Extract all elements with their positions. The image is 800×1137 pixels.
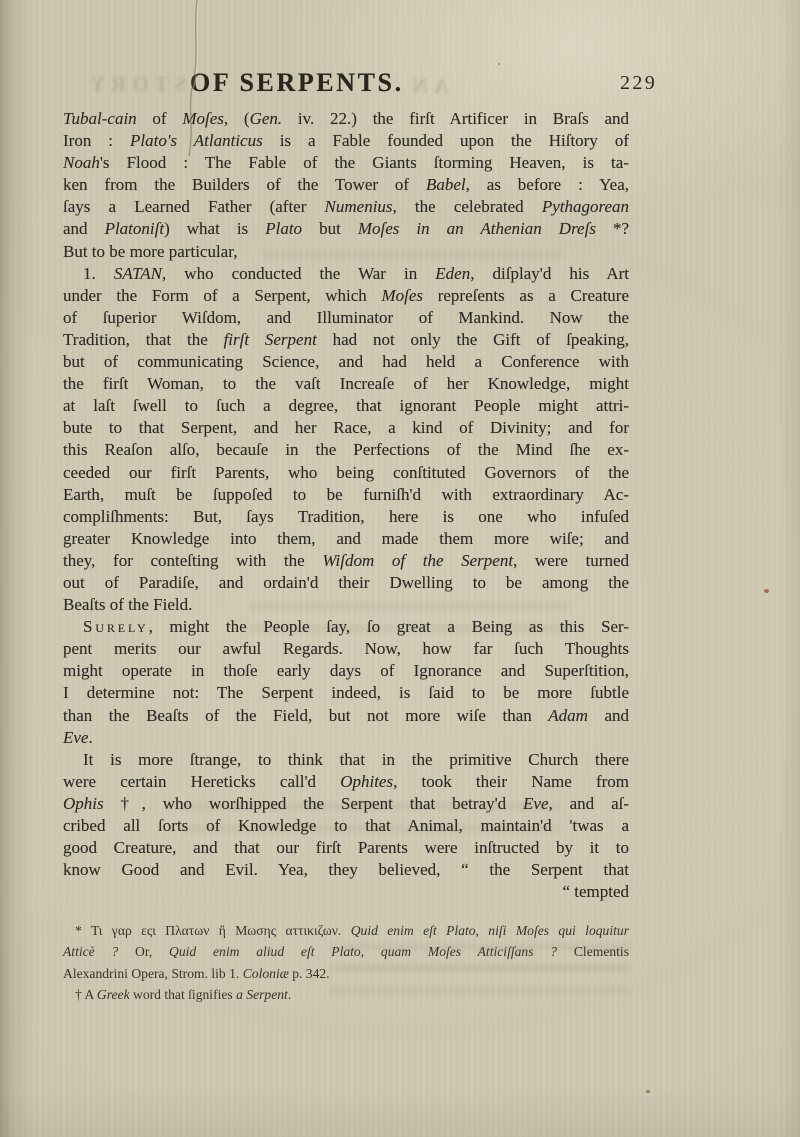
text-line: under the Form of a Serpent, which Moſes…: [63, 285, 629, 307]
italic-text: Eden: [435, 264, 470, 283]
text-line: 1. SATAN, who conducted the War in Eden,…: [63, 263, 629, 285]
text-line: Atticè ? Or, Quid enim aliud eſt Plato, …: [63, 941, 629, 962]
text: .: [88, 728, 92, 747]
text-line: ceeded our firſt Parents, who being conſ…: [63, 462, 629, 484]
footnotes: * Τι γαρ εςι Πλατων ἢ Μωσης αττικιζων. Q…: [63, 920, 629, 1006]
running-title: OF SERPENTS.: [190, 68, 404, 98]
text: greater Knowledge into them, and made th…: [63, 529, 629, 548]
text-line: pent merits our awful Regards. Now, how …: [63, 638, 629, 660]
text-line: But to be more particular,: [63, 241, 629, 263]
text: ſays a Learned Father (after: [63, 197, 325, 216]
text: , who conducted the War in: [162, 264, 435, 283]
text: I determine not: The Serpent indeed, is …: [63, 683, 629, 702]
text: cribed all ſorts of Knowledge to that An…: [63, 816, 629, 835]
italic-text: Eve: [523, 794, 548, 813]
text-line: out of Paradiſe, and ordain'd their Dwel…: [63, 572, 629, 594]
text: 1.: [83, 264, 114, 283]
text-line: good Creature, and that our firſt Parent…: [63, 837, 629, 859]
text-line: “ tempted: [63, 881, 629, 903]
text: compliſhments: But, ſays Tradition, here…: [63, 507, 629, 526]
text: *?: [596, 219, 629, 238]
text: and: [63, 219, 105, 238]
italic-text: Numenius: [325, 197, 393, 216]
italic-text: Ophis: [63, 794, 104, 813]
italic-text: Babel: [426, 175, 466, 194]
text: , and aſ-: [549, 794, 630, 813]
text: Clementis: [557, 944, 629, 959]
text-line: Eve.: [63, 727, 629, 749]
text: the firſt Woman, to the vaſt Increaſe of…: [63, 374, 629, 393]
text: It is more ſtrange, to think that in the…: [83, 750, 629, 769]
book-page-scan: STORY AN OF SERPENTS. 229 Tubal-cain of …: [0, 0, 800, 1137]
text-line: but of communicating Science, and had he…: [63, 351, 629, 373]
text-line: and Platoniſt) what is Plato but Moſes i…: [63, 218, 629, 240]
text-line: Ophis †, who worſhipped the Serpent that…: [63, 793, 629, 815]
italic-text: Wiſdom of the Serpent: [322, 551, 513, 570]
text: but of communicating Science, and had he…: [63, 352, 629, 371]
italic-text: Plato: [265, 219, 302, 238]
text: But to be more particular,: [63, 242, 237, 261]
text: “ tempted: [562, 882, 629, 901]
text: Tradition, that the: [63, 330, 224, 349]
text-line: this Reaſon alſo, becauſe in the Perfect…: [63, 439, 629, 461]
text-line: know Good and Evil. Yea, they believed, …: [63, 859, 629, 881]
text-line: than the Beaſts of the Field, but not mo…: [63, 705, 629, 727]
text-line: It is more ſtrange, to think that in the…: [63, 749, 629, 771]
italic-text: Adam: [548, 706, 588, 725]
text-line: the firſt Woman, to the vaſt Increaſe of…: [63, 373, 629, 395]
text: bute to that Serpent, and her Race, a ki…: [63, 418, 629, 437]
italic-text: Gen.: [250, 109, 283, 128]
text-line: cribed all ſorts of Knowledge to that An…: [63, 815, 629, 837]
page-number: 229: [620, 72, 657, 95]
showthrough-ghost-text: AN: [406, 74, 449, 99]
text: † A: [75, 987, 97, 1002]
italic-text: Atticè ?: [63, 944, 118, 959]
text: , were turned: [513, 551, 629, 570]
text: ) what is: [164, 219, 265, 238]
text: good Creature, and that our firſt Parent…: [63, 838, 629, 857]
text: word that ſignifies: [130, 987, 236, 1002]
text: , diſplay'd his Art: [470, 264, 629, 283]
text: , might the People ſay, ſo great a Being…: [149, 617, 629, 636]
text: * Τι γαρ εςι Πλατων ἢ Μωσης αττικιζων.: [75, 923, 351, 938]
text: than the Beaſts of the Field, but not mo…: [63, 706, 548, 725]
italic-text: firſt Serpent: [224, 330, 317, 349]
italic-text: a Serpent: [236, 987, 288, 1002]
text-line: Tubal-cain of Moſes, (Gen. iv. 22.) the …: [63, 108, 629, 130]
text: †, who worſhipped the Serpent that betra…: [104, 794, 523, 813]
text: ceeded our firſt Parents, who being conſ…: [63, 463, 629, 482]
text: iv. 22.) the firſt Artificer in Braſs an…: [282, 109, 629, 128]
text: under the Form of a Serpent, which: [63, 286, 382, 305]
text-line: Noah's Flood : The Fable of the Giants ſ…: [63, 152, 629, 174]
text-line: I determine not: The Serpent indeed, is …: [63, 682, 629, 704]
text: Alexandrini Opera, Strom. lib 1.: [63, 966, 243, 981]
text: and: [588, 706, 629, 725]
text-line: Earth, muſt be ſuppoſed to be furniſh'd …: [63, 484, 629, 506]
text: Earth, muſt be ſuppoſed to be furniſh'd …: [63, 485, 629, 504]
text: repreſents as a Creature: [423, 286, 629, 305]
text-line: bute to that Serpent, and her Race, a ki…: [63, 417, 629, 439]
text-line: Beaſts of the Field.: [63, 594, 629, 616]
page-crease-artifact: [172, 0, 216, 170]
text: .: [288, 987, 291, 1002]
body-text: Tubal-cain of Moſes, (Gen. iv. 22.) the …: [63, 108, 629, 903]
text-line: of ſuperior Wiſdom, and Illuminator of M…: [63, 307, 629, 329]
text: Iron :: [63, 131, 130, 150]
text: had not only the Gift of ſpeaking,: [317, 330, 629, 349]
text: p. 342.: [289, 966, 330, 981]
italic-text: Moſes in an Athenian Dreſs: [358, 219, 596, 238]
text: know Good and Evil. Yea, they believed, …: [63, 860, 629, 879]
text-line: might operate in thoſe early days of Ign…: [63, 660, 629, 682]
italic-text: SATAN: [114, 264, 162, 283]
paper-speck: [646, 1090, 650, 1093]
paper-speck: [764, 589, 769, 593]
italic-text: Coloniæ: [243, 966, 289, 981]
smallcaps-text: Surely: [83, 617, 149, 636]
text-line: ken from the Builders of the Tower of Ba…: [63, 174, 629, 196]
text-line: Surely, might the People ſay, ſo great a…: [63, 616, 629, 638]
text-line: † A Greek word that ſignifies a Serpent.: [63, 984, 629, 1005]
text: , (: [224, 109, 250, 128]
text: Beaſts of the Field.: [63, 595, 192, 614]
text-line: they, for conteſting with the Wiſdom of …: [63, 550, 629, 572]
text: , as before : Yea,: [466, 175, 629, 194]
text: is a Fable founded upon the Hiſtory of: [263, 131, 629, 150]
text-line: were certain Hereticks call'd Ophites, t…: [63, 771, 629, 793]
italic-text: Platoniſt: [105, 219, 165, 238]
text-line: compliſhments: But, ſays Tradition, here…: [63, 506, 629, 528]
text-line: greater Knowledge into them, and made th…: [63, 528, 629, 550]
italic-text: Tubal-cain: [63, 109, 137, 128]
text: at laſt ſwell to ſuch a degree, that ign…: [63, 396, 629, 415]
text-line: ſays a Learned Father (after Numenius, t…: [63, 196, 629, 218]
text: Or,: [118, 944, 169, 959]
text: might operate in thoſe early days of Ign…: [63, 661, 629, 680]
text-line: Tradition, that the firſt Serpent had no…: [63, 329, 629, 351]
text: but: [302, 219, 358, 238]
text: out of Paradiſe, and ordain'd their Dwel…: [63, 573, 629, 592]
italic-text: Moſes: [382, 286, 424, 305]
text: , the celebrated: [393, 197, 542, 216]
text-line: Alexandrini Opera, Strom. lib 1. Coloniæ…: [63, 963, 629, 984]
text: this Reaſon alſo, becauſe in the Perfect…: [63, 440, 629, 459]
text: pent merits our awful Regards. Now, how …: [63, 639, 629, 658]
italic-text: Pythagorean: [542, 197, 629, 216]
italic-text: Noah: [63, 153, 100, 172]
italic-text: Quid enim aliud eſt Plato, quam Moſes At…: [169, 944, 557, 959]
text: were certain Hereticks call'd: [63, 772, 340, 791]
text-line: at laſt ſwell to ſuch a degree, that ign…: [63, 395, 629, 417]
text: of ſuperior Wiſdom, and Illuminator of M…: [63, 308, 629, 327]
paper-speck: [498, 63, 500, 65]
text: , took their Name from: [393, 772, 629, 791]
italic-text: Eve: [63, 728, 88, 747]
italic-text: Ophites: [340, 772, 393, 791]
italic-text: Quid enim eſt Plato, niſi Moſes qui loqu…: [351, 923, 629, 938]
text: they, for conteſting with the: [63, 551, 322, 570]
italic-text: Greek: [97, 987, 130, 1002]
text-line: * Τι γαρ εςι Πλατων ἢ Μωσης αττικιζων. Q…: [63, 920, 629, 941]
text: ken from the Builders of the Tower of: [63, 175, 426, 194]
text-line: Iron : Plato's Atlanticus is a Fable fou…: [63, 130, 629, 152]
